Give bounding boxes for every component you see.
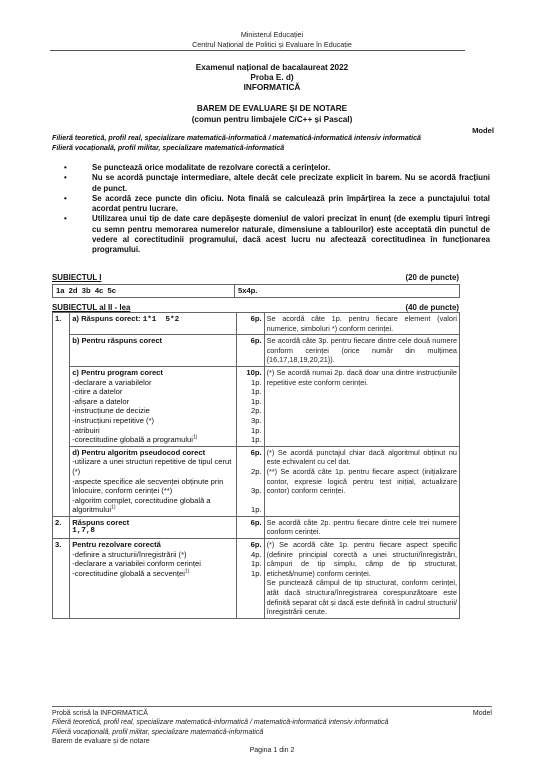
footer-model: Model [473, 709, 492, 718]
q3-points: 6p. 4p. 1p. 1p. [237, 539, 264, 619]
q3-item-points: 4p. [239, 550, 261, 560]
q1c-item: -afișare a datelor [72, 397, 234, 407]
subiect1-scoring: 5x4p. [235, 285, 460, 298]
subiect2-heading: SUBIECTUL al II - lea (40 de puncte) [52, 303, 459, 312]
q3-item-text: -corectitudine globală a secvenței [72, 569, 185, 578]
rule-item: Utilizarea unui tip de date care depășeș… [70, 214, 490, 255]
general-rules-list: Se punctează orice modalitate de rezolva… [70, 163, 490, 256]
rule-item: Nu se acordă punctaje intermediare, alte… [70, 173, 490, 194]
page-footer: Probă scrisă la INFORMATICĂ Model Filier… [52, 709, 492, 747]
q3-label: Pentru rezolvare corectă [72, 540, 234, 550]
footer-line2: Filieră teoretică, profil real, speciali… [52, 718, 492, 727]
q1d-label: d) Pentru algoritm pseudocod corect [72, 448, 234, 458]
subiect1-points: (20 de puncte) [406, 273, 460, 282]
q1c-item-points: 1p. [239, 435, 261, 445]
q1d-notes: (*) Se acordă punctajul chiar dacă algor… [264, 446, 459, 516]
q3-number: 3. [53, 539, 70, 619]
q1a-code: 1*1 5*2 [143, 316, 179, 324]
q1d-item: -aspecte specifice ale secvenței obținut… [72, 477, 234, 496]
q1c-item-points: 1p. [239, 387, 261, 397]
table-row: 1. a) Răspuns corect: 1*1 5*2 6p. Se aco… [53, 313, 460, 335]
footer-line4: Barem de evaluare și de notare [52, 737, 492, 746]
q1c-label: c) Pentru program corect [72, 368, 234, 378]
page-header: Ministerul Educației Centrul Național de… [0, 30, 544, 50]
ministry-name: Ministerul Educației [0, 30, 544, 40]
q1c-item-points: 1p. [239, 397, 261, 407]
exam-title-line3: INFORMATICĂ [0, 83, 544, 93]
center-name: Centrul Național de Politici și Evaluare… [0, 40, 544, 50]
filiera-block: Filieră teoretică, profil real, speciali… [52, 134, 421, 153]
table-row: d) Pentru algoritm pseudocod corect -uti… [53, 446, 460, 516]
exam-title-line2: Proba E. d) [0, 73, 544, 83]
q3-total-points: 6p. [239, 540, 261, 550]
filiera-line2: Filieră vocațională, profil militar, spe… [52, 144, 421, 154]
q3-item: -declarare a variabilei conform cerinței [72, 559, 234, 569]
q1c-item: -instrucțiuni repetitive (*) [72, 416, 234, 426]
q1c-item: -corectitudine globală a programului1) [72, 435, 234, 445]
q1d-item-text: -algoritm complet, corectitudine globală… [72, 496, 210, 515]
q1d-note2: (**) Se acordă câte 1p. pentru fiecare a… [267, 467, 457, 496]
q3-item-points: 1p. [239, 559, 261, 569]
q1d-total-points: 6p. [239, 448, 261, 458]
q1a-desc: a) Răspuns corect: 1*1 5*2 [70, 313, 237, 335]
q1d-points: 6p. 2p. 3p. 1p. [237, 446, 264, 516]
q1c-total-points: 10p. [239, 368, 261, 378]
q1b-label: b) Pentru răspuns corect [70, 335, 237, 367]
footer-divider [52, 706, 492, 707]
table-row: 1a 2d 3b 4c 5c 5x4p. [53, 285, 460, 298]
q1c-points: 10p. 1p. 1p. 1p. 2p. 3p. 1p. 1p. [237, 366, 264, 446]
filiera-line1: Filieră teoretică, profil real, speciali… [52, 134, 421, 144]
model-label: Model [472, 126, 494, 135]
q1-number: 1. [53, 313, 70, 517]
q1d-note1: (*) Se acordă punctajul chiar dacă algor… [267, 448, 457, 467]
footnote-marker: 1) [185, 568, 189, 574]
q1d-item-points: 1p. [239, 505, 261, 515]
q1c-item-points: 1p. [239, 378, 261, 388]
rule-item: Se punctează orice modalitate de rezolva… [70, 163, 490, 173]
q2-label: Răspuns corect [72, 518, 234, 528]
footnote-marker: 1) [111, 505, 115, 511]
q1b-note: Se acordă câte 3p. pentru fiecare dintre… [264, 335, 459, 367]
subiect1-heading: SUBIECTUL I (20 de puncte) [52, 273, 459, 282]
exam-title: Examenul național de bacalaureat 2022 Pr… [0, 63, 544, 93]
header-divider [50, 50, 465, 51]
q1a-note: Se acordă câte 1p. pentru fiecare elemen… [264, 313, 459, 335]
footnote-marker: 1) [193, 435, 197, 441]
q2-desc: Răspuns corect 1,7,8 [70, 516, 237, 538]
q1c-item-points: 3p. [239, 416, 261, 426]
q3-notes: (*) Se acordă câte 1p. pentru fiecare as… [264, 539, 459, 619]
subiect1-title: SUBIECTUL I [52, 273, 101, 282]
table-row: 3. Pentru rezolvare corectă -definire a … [53, 539, 460, 619]
q2-number: 2. [53, 516, 70, 538]
q3-note2: Se punctează câmpul de tip structurat, c… [267, 578, 457, 616]
subiect1-table: 1a 2d 3b 4c 5c 5x4p. [52, 284, 460, 298]
q1c-item: -instrucțiune de decizie [72, 406, 234, 416]
q1d-item: -algoritm complet, corectitudine globală… [72, 496, 234, 515]
rule-item: Se acordă zece puncte din oficiu. Nota f… [70, 194, 490, 215]
footer-line3: Filieră vocațională, profil militar, spe… [52, 728, 492, 737]
q1d-item-points: 2p. [239, 467, 261, 477]
q1d-item-points: 3p. [239, 486, 261, 496]
subiect2-points: (40 de puncte) [406, 303, 460, 312]
q1d-desc: d) Pentru algoritm pseudocod corect -uti… [70, 446, 237, 516]
table-row: c) Pentru program corect -declarare a va… [53, 366, 460, 446]
q1b-points: 6p. [237, 335, 264, 367]
exam-title-line1: Examenul național de bacalaureat 2022 [0, 63, 544, 73]
subiect2-title: SUBIECTUL al II - lea [52, 303, 130, 312]
q3-item: -corectitudine globală a secvenței1) [72, 569, 234, 579]
q1c-desc: c) Pentru program corect -declarare a va… [70, 366, 237, 446]
q3-item-points: 1p. [239, 569, 261, 579]
q1a-points: 6p. [237, 313, 264, 335]
barem-heading: BAREM DE EVALUARE ȘI DE NOTARE [0, 103, 544, 114]
barem-languages: (comun pentru limbajele C/C++ și Pascal) [0, 114, 544, 125]
q1c-note: (*) Se acordă numai 2p. dacă doar una di… [264, 366, 459, 446]
table-row: 2. Răspuns corect 1,7,8 6p. Se acordă câ… [53, 516, 460, 538]
q1a-label: a) Răspuns corect: [72, 314, 142, 323]
q1c-item: -atribuiri [72, 426, 234, 436]
q3-desc: Pentru rezolvare corectă -definire a str… [70, 539, 237, 619]
q2-code: 1,7,8 [72, 527, 234, 537]
subiect2-table: 1. a) Răspuns corect: 1*1 5*2 6p. Se aco… [52, 312, 460, 619]
q2-points: 6p. [237, 516, 264, 538]
table-row: b) Pentru răspuns corect 6p. Se acordă c… [53, 335, 460, 367]
q1d-item: -utilizare a unei structuri repetitive d… [72, 457, 234, 476]
q3-item: -definire a structurii/înregistrării (*) [72, 550, 234, 560]
subiect1-answers: 1a 2d 3b 4c 5c [53, 285, 235, 298]
q1c-item: -citire a datelor [72, 387, 234, 397]
barem-title: BAREM DE EVALUARE ȘI DE NOTARE (comun pe… [0, 103, 544, 125]
page-number: Pagina 1 din 2 [0, 747, 544, 754]
q3-note1: (*) Se acordă câte 1p. pentru fiecare as… [267, 540, 457, 578]
q1c-item-text: -corectitudine globală a programului [72, 435, 193, 444]
q1c-item-points: 2p. [239, 406, 261, 416]
q1c-item: -declarare a variabilelor [72, 378, 234, 388]
footer-line1: Probă scrisă la INFORMATICĂ [52, 709, 492, 718]
q1c-item-points: 1p. [239, 426, 261, 436]
q2-note: Se acordă câte 2p. pentru fiecare dintre… [264, 516, 459, 538]
